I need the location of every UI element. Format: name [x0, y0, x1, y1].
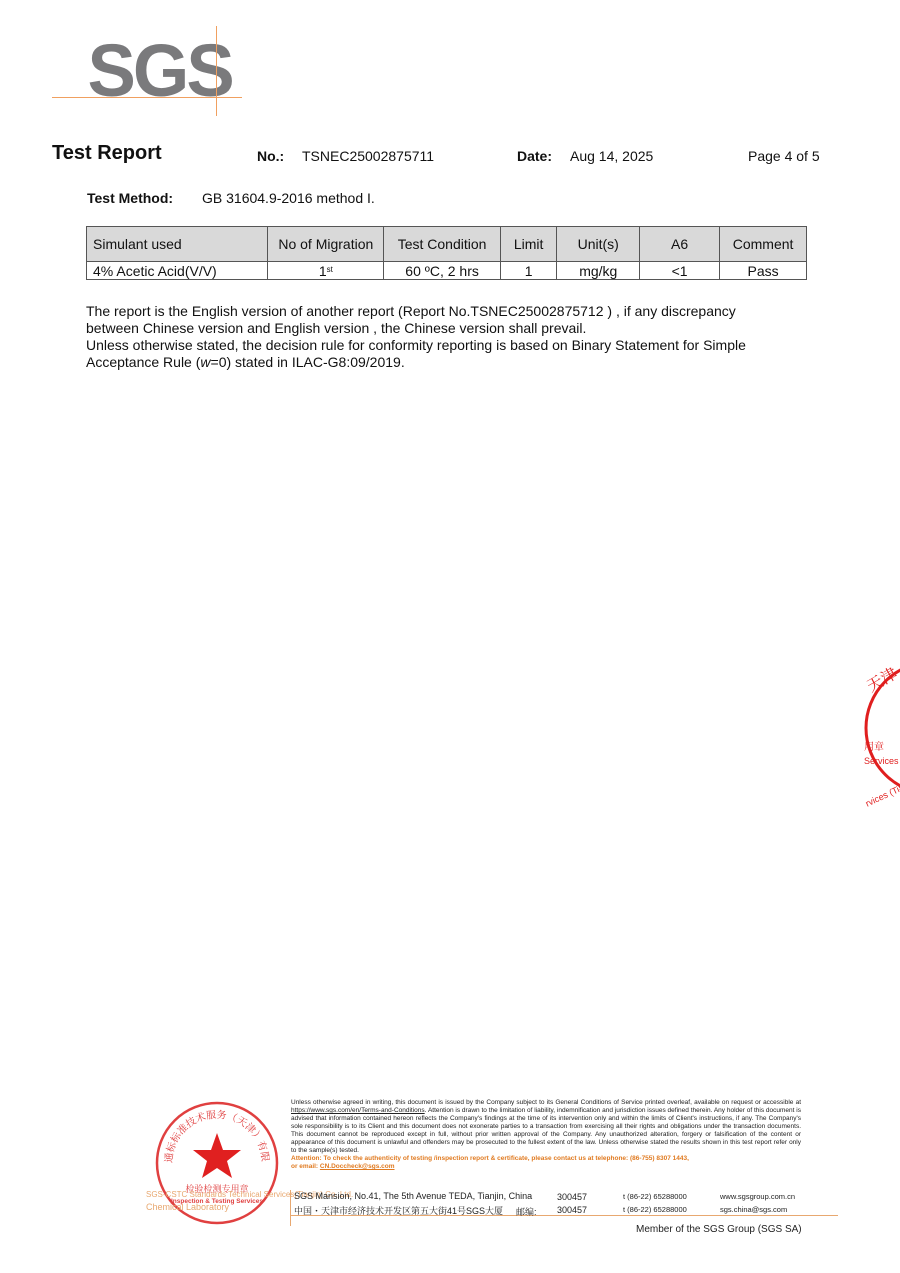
authenticity-notice: Attention: To check the authenticity of …	[291, 1155, 689, 1162]
lab-name: SGS-CSTC Standards Technical Services(Ti…	[146, 1189, 286, 1213]
col-condition: Test Condition	[384, 227, 500, 262]
report-notes: The report is the English version of ano…	[86, 303, 846, 371]
note-line: Unless otherwise stated, the decision ru…	[86, 337, 846, 354]
company-seal-partial: 天津 用章 Services rvices (Tianji	[862, 638, 900, 818]
col-limit: Limit	[500, 227, 557, 262]
postcode-cn: 300457	[557, 1205, 587, 1215]
report-number-label: No.:	[257, 148, 284, 164]
telephone-1: t (86-22) 65288000	[623, 1192, 687, 1201]
cell-migration: 1st	[268, 262, 384, 280]
migration-number: 1	[319, 263, 327, 279]
table-header-row: Simulant used No of Migration Test Condi…	[87, 227, 807, 262]
postcode-cn-label: 邮编:	[516, 1205, 537, 1218]
cell-condition: 60 ºC, 2 hrs	[384, 262, 500, 280]
address-en: SGS Mansion, No.41, The 5th Avenue TEDA,…	[294, 1191, 532, 1201]
table-row: 4% Acetic Acid(V/V) 1st 60 ºC, 2 hrs 1 m…	[87, 262, 807, 280]
legal-disclaimer: Unless otherwise agreed in writing, this…	[291, 1099, 801, 1171]
website-link[interactable]: www.sgsgroup.com.cn	[720, 1192, 795, 1201]
postcode-en: 300457	[557, 1192, 587, 1202]
migration-ordinal: st	[327, 265, 333, 274]
note-line: between Chinese version and English vers…	[86, 320, 846, 337]
report-number: TSNEC25002875711	[302, 148, 434, 164]
col-unit: Unit(s)	[557, 227, 640, 262]
seal-ring-icon: 天津 用章 Services rvices (Tianji	[862, 638, 900, 818]
report-date: Aug 14, 2025	[570, 148, 653, 164]
logo-vertical-line	[216, 26, 217, 116]
sgs-logo: SGS	[50, 20, 245, 115]
telephone-2: t (86-22) 65288000	[623, 1205, 687, 1214]
report-title: Test Report	[52, 142, 162, 165]
terms-link[interactable]: https://www.sgs.com/en/Terms-and-Conditi…	[291, 1107, 425, 1114]
email-link[interactable]: sgs.china@sgs.com	[720, 1205, 787, 1214]
cell-a6: <1	[640, 262, 720, 280]
note-line: Acceptance Rule (w=0) stated in ILAC-G8:…	[86, 354, 846, 371]
test-method-label: Test Method:	[87, 190, 173, 206]
footer-vertical-rule	[290, 1190, 291, 1226]
cell-comment: Pass	[720, 262, 807, 280]
logo-horizontal-line	[52, 97, 242, 98]
date-label: Date:	[517, 148, 552, 164]
address-cn: 中国・天津市经济技术开发区第五大街41号SGS大厦	[294, 1204, 503, 1217]
results-table: Simulant used No of Migration Test Condi…	[86, 226, 807, 280]
col-a6: A6	[640, 227, 720, 262]
svg-text:Services: Services	[864, 756, 899, 766]
cell-limit: 1	[500, 262, 557, 280]
note-line: The report is the English version of ano…	[86, 303, 846, 320]
page-indicator: Page 4 of 5	[748, 148, 820, 164]
svg-text:天津: 天津	[863, 663, 900, 695]
svg-text:用章: 用章	[864, 740, 884, 753]
col-simulant: Simulant used	[87, 227, 268, 262]
cell-unit: mg/kg	[557, 262, 640, 280]
cell-simulant: 4% Acetic Acid(V/V)	[87, 262, 268, 280]
col-migration: No of Migration	[268, 227, 384, 262]
doccheck-email-link[interactable]: CN.Doccheck@sgs.com	[320, 1163, 395, 1170]
col-comment: Comment	[720, 227, 807, 262]
group-membership: Member of the SGS Group (SGS SA)	[636, 1224, 802, 1235]
test-method-value: GB 31604.9-2016 method I.	[202, 190, 375, 206]
